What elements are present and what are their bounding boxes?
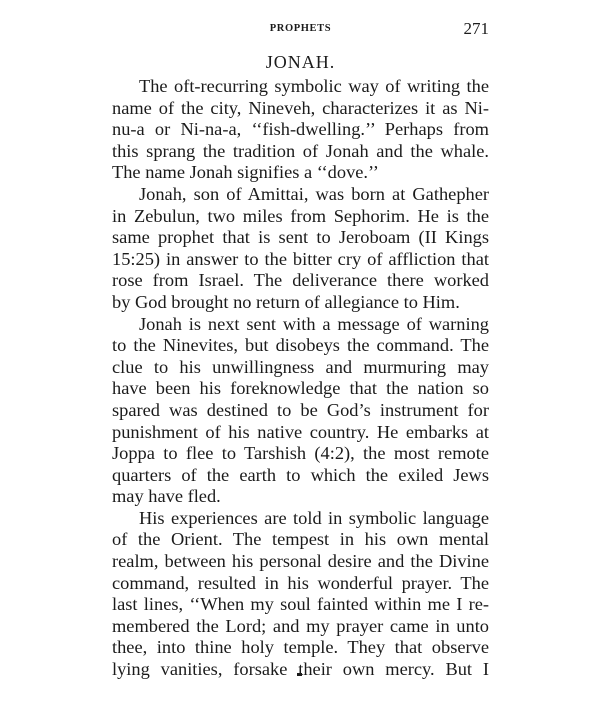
paragraph: Jonah is next sent with a message of war… [112, 314, 489, 508]
chapter-title: JONAH. [112, 52, 489, 73]
text-line: The oft-recurring symbolic way of writin… [112, 76, 489, 98]
text-line: Jonah, son of Amittai, was born at Gathe… [112, 184, 489, 206]
text-line: clue to his unwillingness and murmuring … [112, 357, 489, 379]
text-line: realm, between his personal desire and t… [112, 551, 489, 573]
text-line: punishment of his native country. He emb… [112, 422, 489, 444]
text-line: 15:25) in answer to the bitter cry of af… [112, 249, 489, 271]
page-mark-dot [297, 673, 302, 676]
paragraph: Jonah, son of Amittai, was born at Gathe… [112, 184, 489, 314]
paragraph: His experiences are told in symbolic lan… [112, 508, 489, 681]
text-line: of the Orient. The tempest in his own me… [112, 529, 489, 551]
text-line: in Zebulun, two miles from Sephorim. He … [112, 206, 489, 228]
text-line: The name Jonah signifies a ‘‘dove.’’ [112, 162, 489, 184]
text-line: to the Ninevites, but disobeys the comma… [112, 335, 489, 357]
body-text: The oft-recurring symbolic way of writin… [112, 76, 489, 681]
text-line: Joppa to flee to Tarshish (4:2), the mos… [112, 443, 489, 465]
text-line: this sprang the tradition of Jonah and t… [112, 141, 489, 163]
running-head: PROPHETS 271 [112, 21, 489, 39]
text-line: same prophet that is sent to Jeroboam (I… [112, 227, 489, 249]
text-line: spared was destined to be God’s instrume… [112, 400, 489, 422]
text-line: last lines, ‘‘When my soul fainted withi… [112, 594, 489, 616]
text-line: rose from Israel. The deliverance there … [112, 270, 489, 292]
text-line: Jonah is next sent with a message of war… [112, 314, 489, 336]
running-title: PROPHETS [112, 23, 489, 34]
paragraph: The oft-recurring symbolic way of writin… [112, 76, 489, 184]
text-line: command, resulted in his wonderful praye… [112, 573, 489, 595]
text-line: may have fled. [112, 486, 489, 508]
text-line: quarters of the earth to which the exile… [112, 465, 489, 487]
text-line: His experiences are told in symbolic lan… [112, 508, 489, 530]
text-line: nu-a or Ni-na-a, ‘‘fish-dwelling.’’ Perh… [112, 119, 489, 141]
text-line: thee, into thine holy temple. They that … [112, 637, 489, 659]
text-line: lying vanities, forsake their own mercy.… [112, 659, 489, 681]
text-line: membered the Lord; and my prayer came in… [112, 616, 489, 638]
text-line: name of the city, Nineveh, characterizes… [112, 98, 489, 120]
text-line: have been his foreknowledge that the nat… [112, 378, 489, 400]
text-line: by God brought no return of allegiance t… [112, 292, 489, 314]
page-number: 271 [464, 19, 490, 39]
